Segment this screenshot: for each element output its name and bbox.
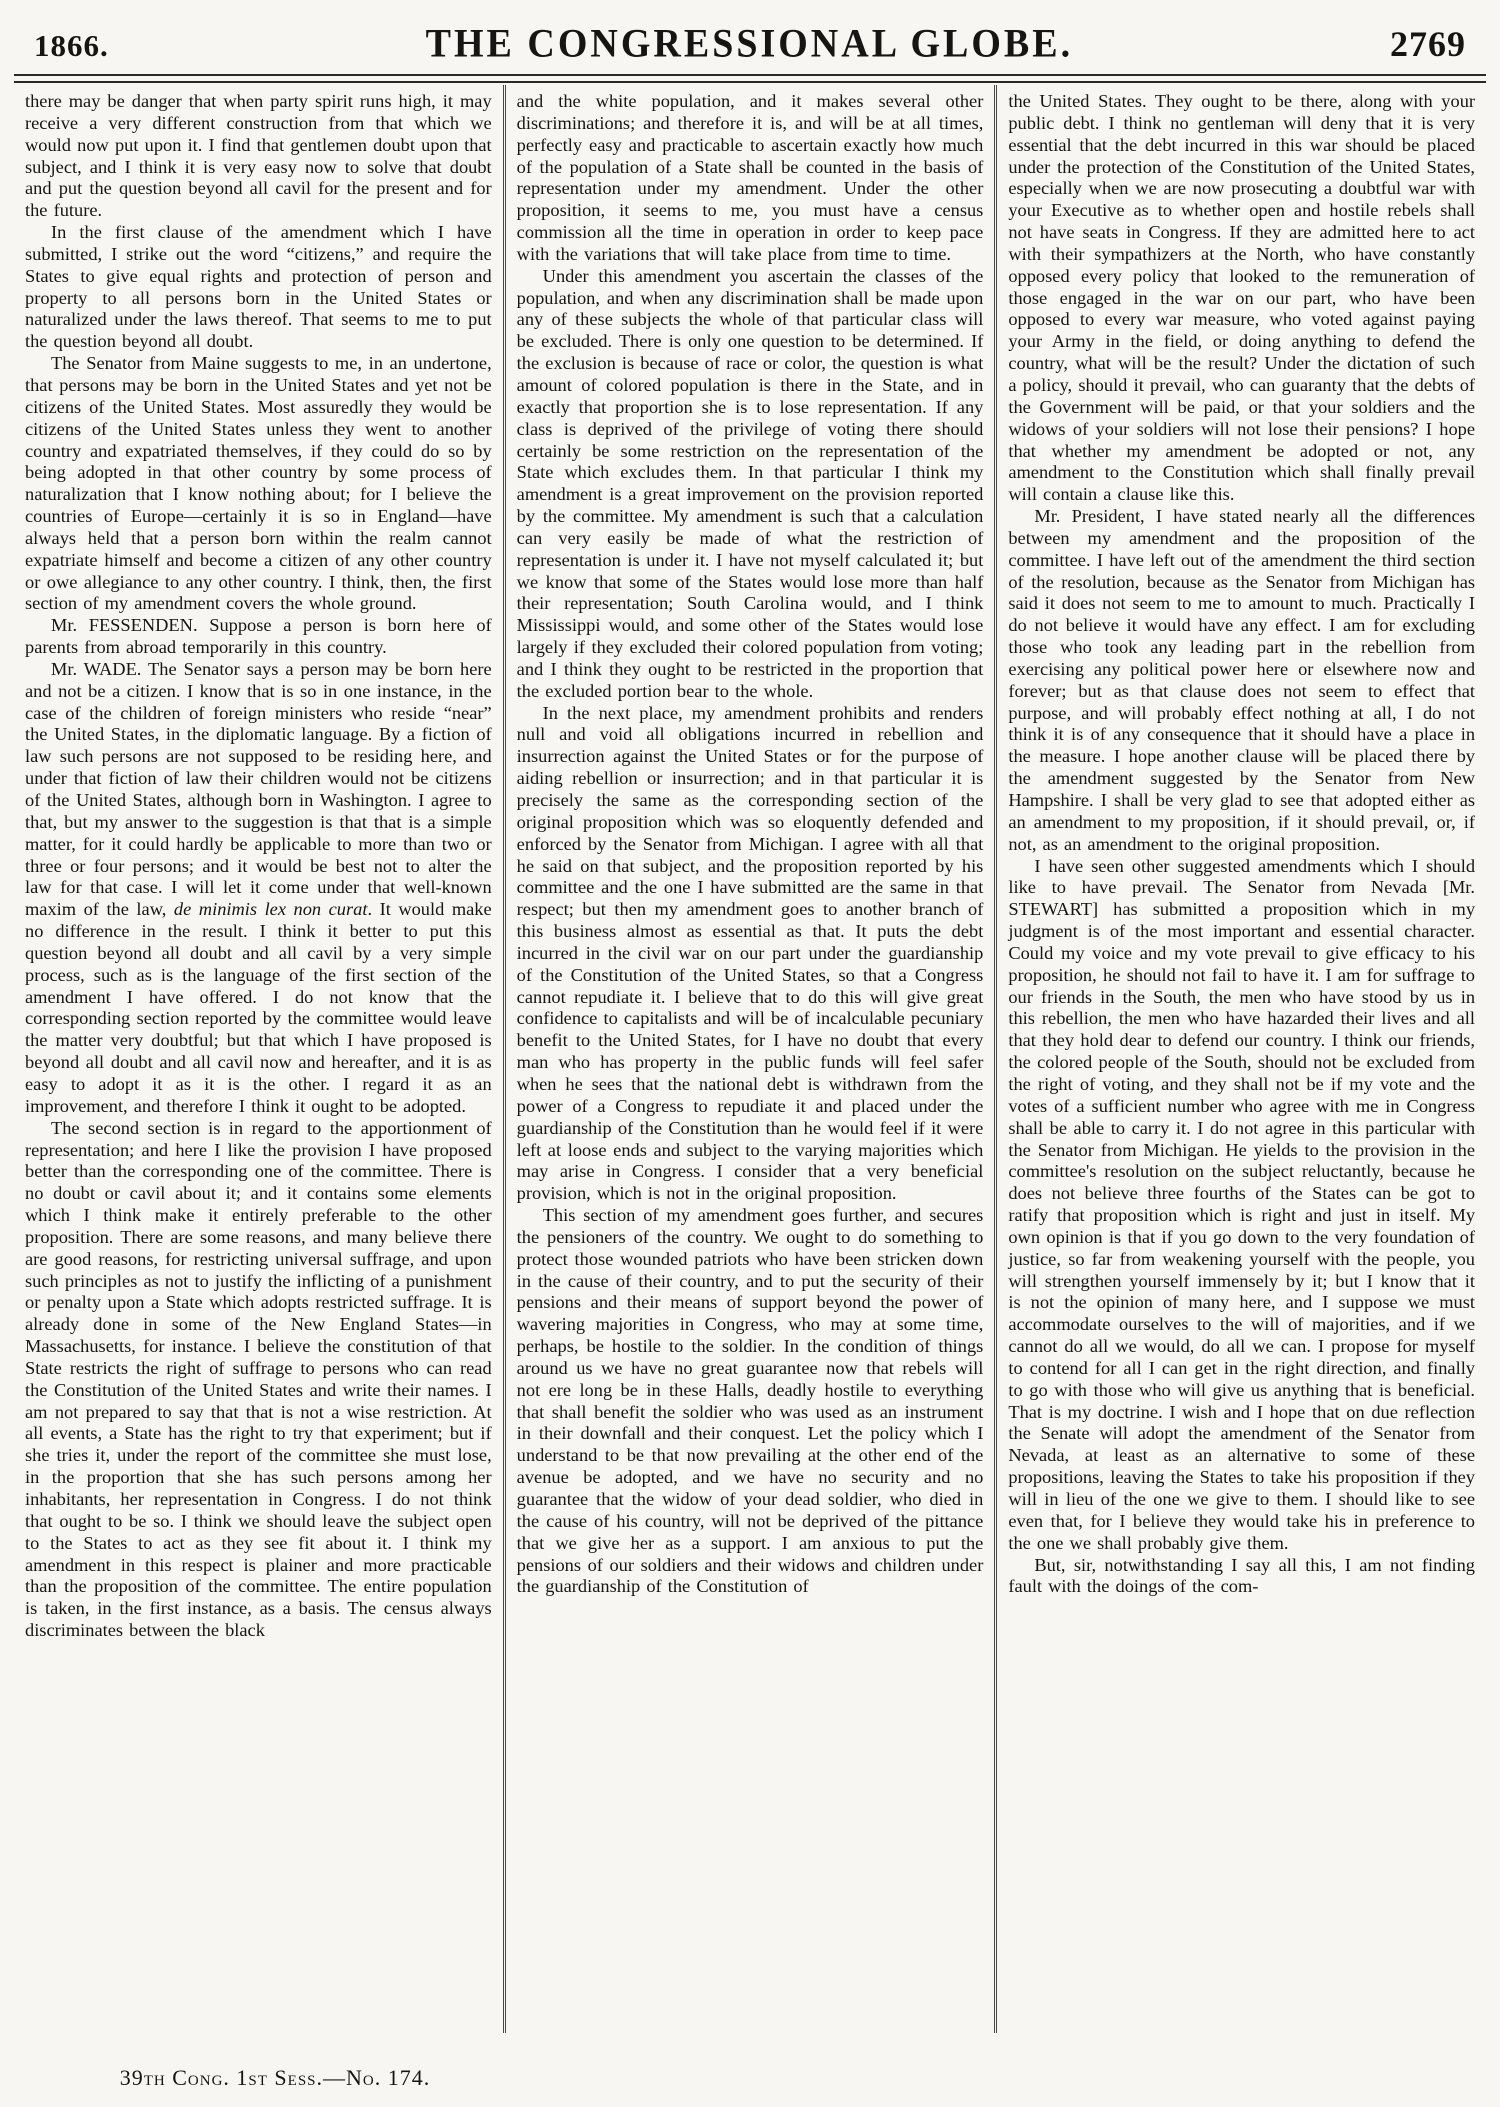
paragraph: Mr. WADE. The Senator says a person may … [25, 659, 492, 1118]
paragraph: This section of my amendment goes furthe… [517, 1205, 984, 1598]
paragraph: The second section is in regard to the a… [25, 1118, 492, 1642]
paragraph: But, sir, notwithstanding I say all this… [1008, 1555, 1475, 1599]
page-year: 1866. [34, 28, 109, 64]
paragraph: In the next place, my amendment prohibit… [517, 703, 984, 1205]
paragraph: Mr. President, I have stated nearly all … [1008, 506, 1475, 856]
masthead-row: 1866. THE CONGRESSIONAL GLOBE. 2769 [0, 0, 1500, 66]
paragraph: and the white population, and it makes s… [517, 91, 984, 266]
text-column-2: and the white population, and it makes s… [503, 85, 995, 2033]
paragraph: In the first clause of the amendment whi… [25, 222, 492, 353]
document-page: 1866. THE CONGRESSIONAL GLOBE. 2769 ther… [0, 0, 1500, 2107]
session-footer: 39th Cong. 1st Sess.—No. 174. [40, 2065, 510, 2091]
paragraph: there may be danger that when party spir… [25, 91, 492, 222]
paragraph: I have seen other suggested amendments w… [1008, 856, 1475, 1555]
paragraph: Under this amendment you ascertain the c… [517, 266, 984, 703]
italic-phrase: de minimis lex non curat [174, 899, 368, 919]
paragraph: Mr. FESSENDEN. Suppose a person is born … [25, 615, 492, 659]
paragraph: The Senator from Maine suggests to me, i… [25, 353, 492, 615]
text-column-1: there may be danger that when party spir… [14, 85, 503, 2033]
header-divider-rule [14, 74, 1486, 83]
masthead-title: THE CONGRESSIONAL GLOBE. [426, 21, 1073, 67]
page-number: 2769 [1390, 23, 1466, 65]
text-columns: there may be danger that when party spir… [14, 85, 1486, 2033]
paragraph: the United States. They ought to be ther… [1008, 91, 1475, 506]
text-column-3: the United States. They ought to be ther… [994, 85, 1486, 2033]
